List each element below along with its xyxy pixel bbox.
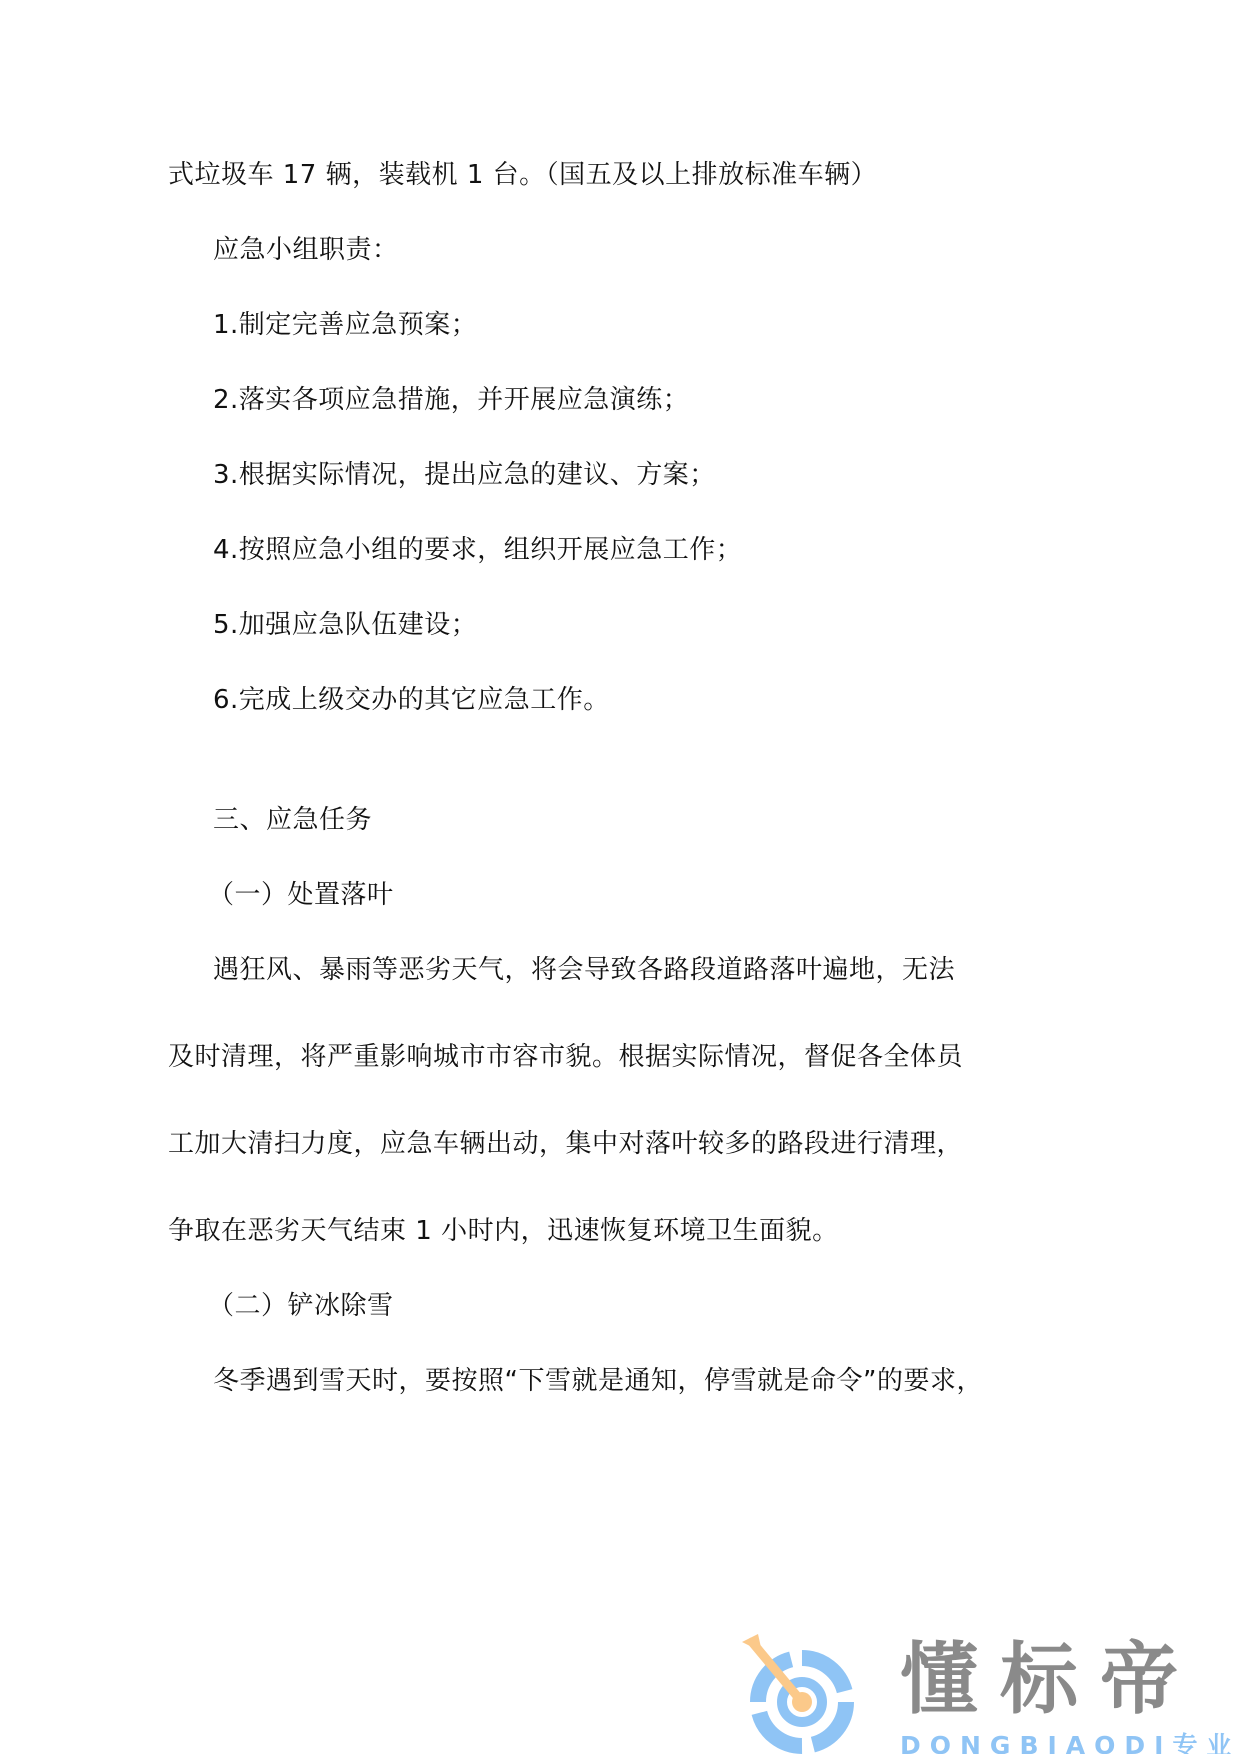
paragraph-line: 及时清理，将严重影响城市市容市貌。根据实际情况，督促各全体员 (168, 1040, 963, 1074)
list-item: 6.完成上级交办的其它应急工作。 (213, 683, 610, 717)
watermark-logo: 懂标帝 DONGBIAODI专业版 (740, 1630, 1220, 1754)
list-item: 1.制定完善应急预案； (213, 308, 477, 342)
subsection-heading: （一）处置落叶 (208, 878, 394, 912)
subsection-heading: （二）铲冰除雪 (208, 1289, 394, 1323)
paragraph-line: 冬季遇到雪天时，要按照“下雪就是通知，停雪就是命令”的要求， (213, 1364, 983, 1398)
list-item: 4.按照应急小组的要求，组织开展应急工作； (213, 533, 742, 567)
list-item: 5.加强应急队伍建设； (213, 608, 477, 642)
section-heading: 三、应急任务 (213, 803, 372, 837)
paragraph-line: 工加大清扫力度，应急车辆出动，集中对落叶较多的路段进行清理， (168, 1127, 963, 1161)
list-item: 2.落实各项应急措施，并开展应急演练； (213, 383, 689, 417)
watermark-subtitle: DONGBIAODI专业版 (900, 1726, 1241, 1754)
paragraph-line: 遇狂风、暴雨等恶劣天气，将会导致各路段道路落叶遍地，无法 (213, 953, 955, 987)
text-line: 式垃圾车 17 辆，装载机 1 台。（国五及以上排放标准车辆） (168, 158, 877, 192)
paragraph-line: 争取在恶劣天气结束 1 小时内，迅速恢复环境卫生面貌。 (168, 1214, 839, 1248)
watermark-brand: 懂标帝 (900, 1635, 1200, 1725)
list-item: 3.根据实际情况，提出应急的建议、方案； (213, 458, 716, 492)
target-arrow-icon (740, 1630, 870, 1754)
section-heading: 应急小组职责： (213, 233, 399, 267)
